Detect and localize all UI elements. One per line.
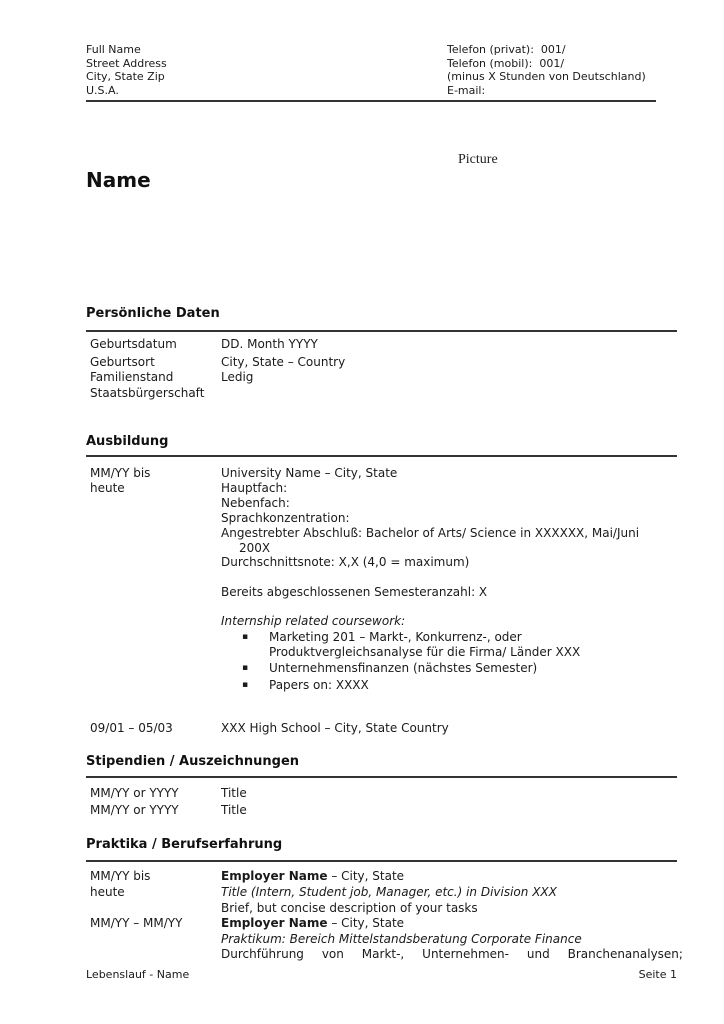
job-location: – City, State xyxy=(328,869,405,883)
job-date: MM/YY – MM/YY xyxy=(90,916,182,931)
job-employer: Employer Name xyxy=(221,916,328,930)
education-line: 200X xyxy=(239,541,270,556)
coursework-item: Marketing 201 – Markt-, Konkurrenz-, ode… xyxy=(269,630,522,645)
award-date: MM/YY or YYYY xyxy=(90,803,179,818)
bullet-icon: ▪ xyxy=(242,678,248,693)
personal-label: Familienstand xyxy=(90,370,173,385)
job-description: Brief, but concise description of your t… xyxy=(221,901,478,916)
job-employer: Employer Name xyxy=(221,869,328,883)
picture-placeholder: Picture xyxy=(458,152,498,168)
header-contact-right: Telefon (privat): 001/ Telefon (mobil): … xyxy=(447,43,646,97)
header-email: E-mail: xyxy=(447,84,646,98)
section-title-experience: Praktika / Berufserfahrung xyxy=(86,837,282,852)
section-title-personal: Persönliche Daten xyxy=(86,306,220,321)
education-line: Hauptfach: xyxy=(221,481,287,496)
job-role: Praktikum: Bereich Mittelstandsberatung … xyxy=(221,932,582,947)
header-contact-left: Full Name Street Address City, State Zip… xyxy=(86,43,167,97)
job-employer-line: Employer Name – City, State xyxy=(221,869,404,884)
education-line: Sprachkonzentration: xyxy=(221,511,350,526)
word: Durchführung xyxy=(221,947,304,962)
highschool-date: 09/01 – 05/03 xyxy=(90,721,173,736)
header-divider xyxy=(86,100,656,102)
job-date: heute xyxy=(90,885,125,900)
word: von xyxy=(322,947,344,962)
header-phone-mobile: Telefon (mobil): 001/ xyxy=(447,57,646,71)
header-full-name: Full Name xyxy=(86,43,167,57)
footer-title: Lebenslauf - Name xyxy=(86,968,189,981)
header-city: City, State Zip xyxy=(86,70,167,84)
education-semesters: Bereits abgeschlossenen Semesteranzahl: … xyxy=(221,585,487,600)
personal-label: Geburtsort xyxy=(90,355,155,370)
section-divider xyxy=(86,860,677,862)
word: Branchenanalysen; xyxy=(568,947,683,962)
header-street: Street Address xyxy=(86,57,167,71)
word: und xyxy=(527,947,550,962)
job-description: Durchführung von Markt-, Unternehmen- un… xyxy=(221,947,683,962)
footer-page-number: Seite 1 xyxy=(639,968,677,981)
bullet-icon: ▪ xyxy=(242,661,248,676)
word: Unternehmen- xyxy=(422,947,509,962)
personal-value: Ledig xyxy=(221,370,253,385)
coursework-item: Unternehmensfinanzen (nächstes Semester) xyxy=(269,661,537,676)
job-employer-line: Employer Name – City, State xyxy=(221,916,404,931)
header-phone-private: Telefon (privat): 001/ xyxy=(447,43,646,57)
coursework-item: Papers on: XXXX xyxy=(269,678,369,693)
education-line: Angestrebter Abschluß: Bachelor of Arts/… xyxy=(221,526,639,541)
education-date: heute xyxy=(90,481,125,496)
coursework-title: Internship related coursework: xyxy=(221,614,405,629)
highschool-name: XXX High School – City, State Country xyxy=(221,721,449,736)
bullet-icon: ▪ xyxy=(242,630,248,645)
section-title-education: Ausbildung xyxy=(86,434,168,449)
header-timezone: (minus X Stunden von Deutschland) xyxy=(447,70,646,84)
education-line: Nebenfach: xyxy=(221,496,290,511)
personal-label: Staatsbürgerschaft xyxy=(90,386,204,401)
coursework-item: Produktvergleichsanalyse für die Firma/ … xyxy=(269,645,580,660)
education-date: MM/YY bis xyxy=(90,466,150,481)
page-title: Name xyxy=(86,168,151,192)
personal-value: DD. Month YYYY xyxy=(221,337,318,352)
section-title-awards: Stipendien / Auszeichnungen xyxy=(86,754,299,769)
job-date: MM/YY bis xyxy=(90,869,150,884)
award-title: Title xyxy=(221,803,247,818)
word: Markt-, xyxy=(362,947,404,962)
header-country: U.S.A. xyxy=(86,84,167,98)
job-role: Title (Intern, Student job, Manager, etc… xyxy=(221,885,557,900)
award-date: MM/YY or YYYY xyxy=(90,786,179,801)
section-divider xyxy=(86,455,677,457)
award-title: Title xyxy=(221,786,247,801)
job-location: – City, State xyxy=(328,916,405,930)
personal-label: Geburtsdatum xyxy=(90,337,177,352)
education-university: University Name – City, State xyxy=(221,466,397,481)
personal-value: City, State – Country xyxy=(221,355,345,370)
section-divider xyxy=(86,330,677,332)
education-line: Durchschnittsnote: X,X (4,0 = maximum) xyxy=(221,555,469,570)
section-divider xyxy=(86,776,677,778)
